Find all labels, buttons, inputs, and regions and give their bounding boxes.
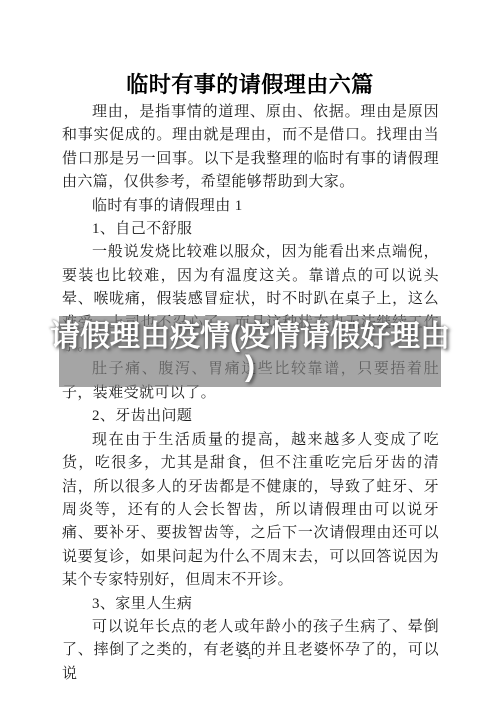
paragraph: 2、牙齿出问题 xyxy=(62,405,439,428)
document-title: 临时有事的请假理由六篇 xyxy=(0,68,500,99)
paragraph: 3、家里人生病 xyxy=(62,593,439,616)
page-number: - 1 - xyxy=(0,650,500,662)
paragraph: 现在由于生活质量的提高，越来越多人变成了吃货，吃很多，尤其是甜食，但不注重吃完后… xyxy=(62,429,439,593)
paragraph: 临时有事的请假理由 1 xyxy=(62,195,439,218)
watermark-text-line1: 请假理由疫情(疫情请假好理由 xyxy=(50,322,450,352)
paragraph: 1、自己不舒服 xyxy=(62,218,439,241)
document-page: 临时有事的请假理由六篇 理由，是指事情的道理、原由、依据。理由是原因和事实促成的… xyxy=(0,0,500,706)
paragraph: 理由，是指事情的道理、原由、依据。理由是原因和事实促成的。理由就是理由，而不是借… xyxy=(62,101,439,195)
watermark-text-line2: ) xyxy=(245,352,255,382)
document-body: 理由，是指事情的道理、原由、依据。理由是原因和事实促成的。理由就是理由，而不是借… xyxy=(62,101,439,686)
watermark-banner: 请假理由疫情(疫情请假好理由 ) xyxy=(59,316,441,387)
